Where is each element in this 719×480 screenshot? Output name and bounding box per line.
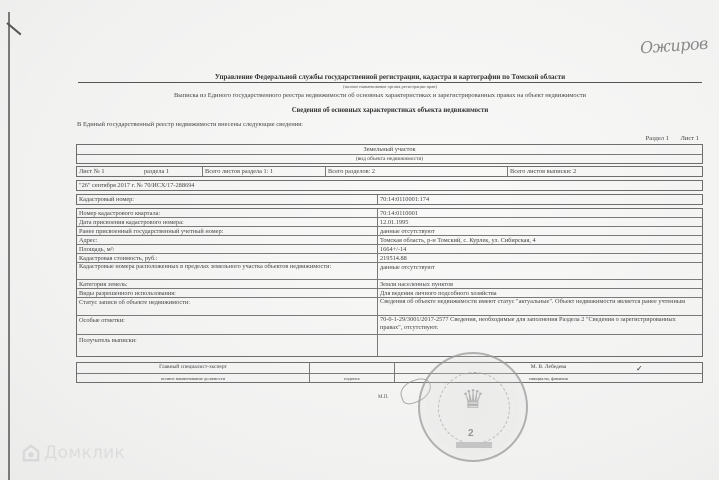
table-row: Ранее присвоенный государственный учетны… xyxy=(77,227,702,236)
position-caption: полное наименование должности xyxy=(77,374,309,383)
cadastral-number-value: 70:14:0110001:174 xyxy=(377,195,702,205)
object-type: Земельный участок xyxy=(77,145,702,154)
cadastral-number-row: Кадастровый номер: 70:14:0110001:174 xyxy=(77,195,702,205)
stamp-bar xyxy=(456,442,492,448)
section-title: Сведения об основных характеристиках объ… xyxy=(78,107,702,114)
object-type-caption: (вид объекта недвижимости) xyxy=(77,155,702,164)
field-value: Земли населенных пунктов xyxy=(377,280,702,288)
table-row: Статус записи об объекте недвижимости: С… xyxy=(77,298,702,316)
field-value: данные отсутствуют xyxy=(377,227,702,235)
stamp-number: 2 xyxy=(468,428,474,439)
date-row: "26" сентября 2017 г. № 70/ИСХ/17-288694 xyxy=(77,181,702,191)
table-row: Кадастровые номера расположенных в преде… xyxy=(77,263,702,280)
intro-text: В Единый государственный реестр недвижим… xyxy=(77,121,303,128)
domclick-watermark: Домклик xyxy=(22,443,125,463)
section-sheet-label: Раздел 1 Лист 1 xyxy=(646,135,699,142)
coat-of-arms-icon: ♛ xyxy=(460,384,486,416)
official-stamp: ♛ 2 xyxy=(418,352,528,462)
signature-table: Главный специалист-эксперт М. В. Лебедев… xyxy=(76,362,703,383)
field-label: Виды разрешенного использования: xyxy=(77,289,377,297)
sheet-number: Лист № 1 xyxy=(77,167,142,177)
object-type-box: Земельный участок (вид объекта недвижимо… xyxy=(76,144,703,164)
document-page: Ожиров Управление Федеральной службы гос… xyxy=(0,0,719,480)
table-row: Адрес: Томская область, р-н Томский, с. … xyxy=(77,236,702,245)
table-row: Номер кадастрового квартала: 70:14:01100… xyxy=(77,209,702,218)
sheet-label: Лист 1 xyxy=(681,135,700,142)
page-edge-line xyxy=(8,12,10,480)
total-sections: Всего разделов: 2 xyxy=(325,167,507,177)
field-value: 1664+/-14 xyxy=(377,245,702,253)
field-value: Томская область, р-н Томский, с. Курлек,… xyxy=(377,236,702,244)
signature-row: Главный специалист-эксперт М. В. Лебедев… xyxy=(77,363,702,374)
table-row: Особые отметки: 70-0-1-29/3001/2017-2577… xyxy=(77,316,702,335)
signature-caption: подпись xyxy=(309,374,394,383)
field-label: Номер кадастрового квартала: xyxy=(77,209,377,217)
section-label: Раздел 1 xyxy=(646,135,669,142)
field-label: Получатель выписки: xyxy=(77,335,377,357)
handwritten-note: Ожиров xyxy=(639,34,708,58)
field-label: Особые отметки: xyxy=(77,316,377,334)
agency-caption: (полное наименование органа регистрации … xyxy=(78,84,702,89)
agency-name: Управление Федеральной службы государств… xyxy=(78,73,702,81)
field-value: 70:14:0110001 xyxy=(377,209,702,217)
watermark-text: Домклик xyxy=(44,443,125,463)
sheet-section: раздела 1 xyxy=(142,167,202,177)
field-value: 70-0-1-29/3001/2017-2577 Сведения, необх… xyxy=(377,316,702,334)
signature-caption-row: полное наименование должности подпись ин… xyxy=(77,374,702,383)
pen-mark: ✓ xyxy=(636,364,643,373)
field-value xyxy=(377,335,702,357)
field-label: Кадастровые номера расположенных в преде… xyxy=(77,263,377,279)
cadastral-number-label: Кадастровый номер: xyxy=(77,195,377,205)
field-value: данные отсутствуют xyxy=(377,263,702,279)
field-value: 12.01.1995 xyxy=(377,218,702,226)
field-label: Кадастровая стоимость, руб.: xyxy=(77,254,377,262)
sheet-info-row: Лист № 1 раздела 1 Всего листов раздела … xyxy=(77,167,702,177)
field-value: 219514.88 xyxy=(377,254,702,262)
table-row: Категория земель: Земли населенных пункт… xyxy=(77,280,702,289)
field-label: Ранее присвоенный государственный учетны… xyxy=(77,227,377,235)
seal-place-label: М.П. xyxy=(378,395,389,400)
extract-title: Выписка из Единого государственного реес… xyxy=(40,92,719,99)
table-row: Получатель выписки: xyxy=(77,335,702,357)
official-position: Главный специалист-эксперт xyxy=(77,363,309,373)
characteristics-table: Номер кадастрового квартала: 70:14:01100… xyxy=(76,208,703,357)
field-label: Адрес: xyxy=(77,236,377,244)
agency-underline xyxy=(78,82,702,83)
table-row: Кадастровая стоимость, руб.: 219514.88 xyxy=(77,254,702,263)
field-label: Площадь, м²: xyxy=(77,245,377,253)
field-label: Дата присвоения кадастрового номера: xyxy=(77,218,377,226)
date-and-number: "26" сентября 2017 г. № 70/ИСХ/17-288694 xyxy=(77,181,702,191)
signature-cell xyxy=(309,363,394,373)
field-value: Для ведения личного подсобного хозяйства xyxy=(377,289,702,297)
table-row: Площадь, м²: 1664+/-14 xyxy=(77,245,702,254)
table-row: Дата присвоения кадастрового номера: 12.… xyxy=(77,218,702,227)
table-row: Виды разрешенного использования: Для вед… xyxy=(77,289,702,298)
date-box: "26" сентября 2017 г. № 70/ИСХ/17-288694 xyxy=(76,180,703,191)
object-caption-row: (вид объекта недвижимости) xyxy=(77,155,702,164)
sheet-info-box: Лист № 1 раздела 1 Всего листов раздела … xyxy=(76,166,703,177)
cadastral-number-box: Кадастровый номер: 70:14:0110001:174 xyxy=(76,194,703,205)
field-value: Сведения об объекте недвижимости имеют с… xyxy=(377,298,702,315)
domclick-logo-icon xyxy=(22,444,40,462)
total-sheets-extract: Всего листов выписки: 2 xyxy=(507,167,702,177)
total-sheets-section: Всего листов раздела 1: 1 xyxy=(202,167,325,177)
object-type-row: Земельный участок xyxy=(77,145,702,155)
field-label: Категория земель: xyxy=(77,280,377,288)
field-label: Статус записи об объекте недвижимости: xyxy=(77,298,377,315)
